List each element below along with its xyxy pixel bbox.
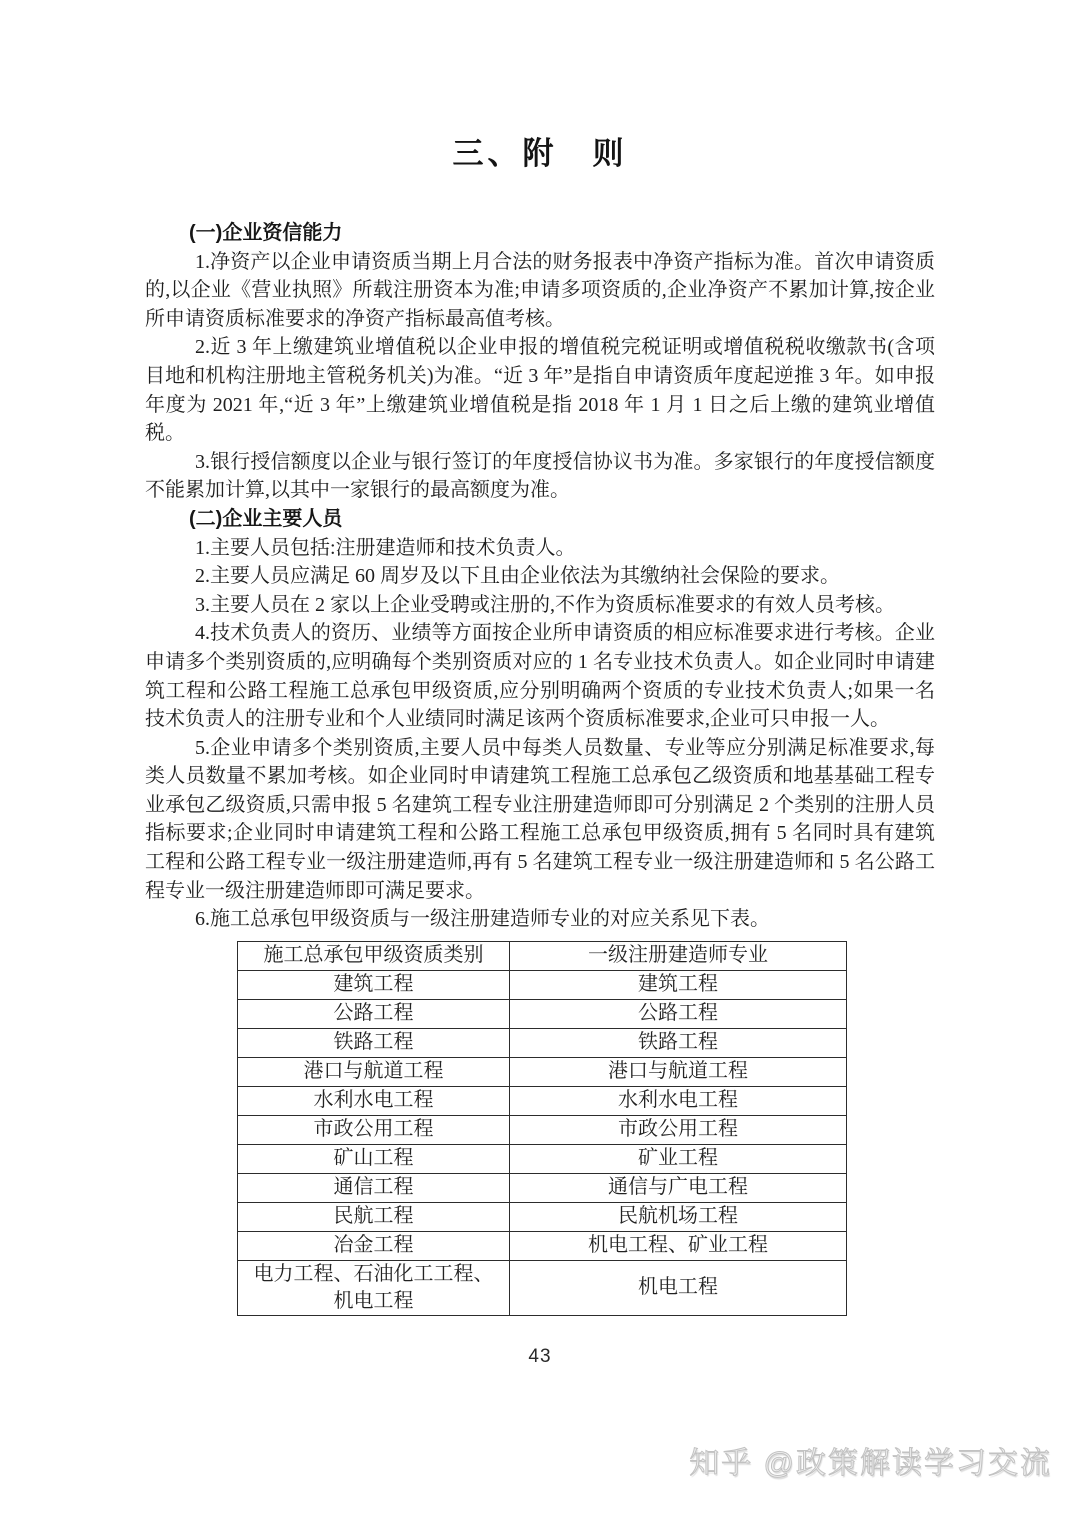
table-row: 民航工程 民航机场工程 (238, 1202, 847, 1231)
table-header-row: 施工总承包甲级资质类别 一级注册建造师专业 (238, 941, 847, 970)
table-row: 港口与航道工程 港口与航道工程 (238, 1057, 847, 1086)
section-heading-credit-capacity: (一)企业资信能力 (145, 219, 935, 248)
paragraph: 6.施工总承包甲级资质与一级注册建造师专业的对应关系见下表。 (145, 905, 935, 934)
table-cell: 市政公用工程 (510, 1115, 847, 1144)
table-row: 冶金工程 机电工程、矿业工程 (238, 1231, 847, 1260)
table-cell: 矿山工程 (238, 1144, 510, 1173)
table-cell: 通信与广电工程 (510, 1173, 847, 1202)
paragraph: 2.近 3 年上缴建筑业增值税以企业申报的增值税完税证明或增值税税收缴款书(含项… (145, 333, 935, 447)
table-row: 建筑工程 建筑工程 (238, 970, 847, 999)
watermark: 知乎 @政策解读学习交流 (689, 1438, 1052, 1482)
document-page: 三、附 则 (一)企业资信能力 1.净资产以企业申请资质当期上月合法的财务报表中… (0, 0, 1080, 1527)
table-cell: 市政公用工程 (238, 1115, 510, 1144)
table-cell: 铁路工程 (510, 1028, 847, 1057)
table-cell: 建筑工程 (510, 970, 847, 999)
table-row: 铁路工程 铁路工程 (238, 1028, 847, 1057)
table-cell: 民航工程 (238, 1202, 510, 1231)
section-heading-key-personnel: (二)企业主要人员 (145, 505, 935, 534)
table-cell: 电力工程、石油化工工程、机电工程 (238, 1260, 510, 1315)
table-row: 矿山工程 矿业工程 (238, 1144, 847, 1173)
paragraph: 5.企业申请多个类别资质,主要人员中每类人员数量、专业等应分别满足标准要求,每类… (145, 734, 935, 906)
page-number: 43 (145, 1343, 935, 1372)
paragraph: 2.主要人员应满足 60 周岁及以下且由企业依法为其缴纳社会保险的要求。 (145, 562, 935, 591)
qualification-mapping-table: 施工总承包甲级资质类别 一级注册建造师专业 建筑工程 建筑工程 公路工程 公路工… (237, 941, 847, 1316)
table-cell: 公路工程 (510, 999, 847, 1028)
table-header-cell: 施工总承包甲级资质类别 (238, 941, 510, 970)
paragraph: 4.技术负责人的资历、业绩等方面按企业所申请资质的相应标准要求进行考核。企业申请… (145, 619, 935, 733)
table-row: 市政公用工程 市政公用工程 (238, 1115, 847, 1144)
paragraph: 1.主要人员包括:注册建造师和技术负责人。 (145, 534, 935, 563)
table-cell: 通信工程 (238, 1173, 510, 1202)
table-cell: 水利水电工程 (510, 1086, 847, 1115)
table-cell: 水利水电工程 (238, 1086, 510, 1115)
table-cell: 矿业工程 (510, 1144, 847, 1173)
table-cell: 冶金工程 (238, 1231, 510, 1260)
table-cell: 机电工程 (510, 1260, 847, 1315)
table-cell: 机电工程、矿业工程 (510, 1231, 847, 1260)
paragraph: 1.净资产以企业申请资质当期上月合法的财务报表中净资产指标为准。首次申请资质的,… (145, 248, 935, 334)
table-cell: 铁路工程 (238, 1028, 510, 1057)
paragraph: 3.银行授信额度以企业与银行签订的年度授信协议书为准。多家银行的年度授信额度不能… (145, 448, 935, 505)
paragraph: 3.主要人员在 2 家以上企业受聘或注册的,不作为资质标准要求的有效人员考核。 (145, 591, 935, 620)
table-cell: 民航机场工程 (510, 1202, 847, 1231)
page-title: 三、附 则 (0, 0, 1080, 173)
table-cell: 建筑工程 (238, 970, 510, 999)
document-body: (一)企业资信能力 1.净资产以企业申请资质当期上月合法的财务报表中净资产指标为… (0, 173, 1080, 1371)
table-header-cell: 一级注册建造师专业 (510, 941, 847, 970)
table-row: 水利水电工程 水利水电工程 (238, 1086, 847, 1115)
table-row: 电力工程、石油化工工程、机电工程 机电工程 (238, 1260, 847, 1315)
table-cell: 公路工程 (238, 999, 510, 1028)
table-cell: 港口与航道工程 (510, 1057, 847, 1086)
table-row: 公路工程 公路工程 (238, 999, 847, 1028)
table-cell: 港口与航道工程 (238, 1057, 510, 1086)
table-row: 通信工程 通信与广电工程 (238, 1173, 847, 1202)
